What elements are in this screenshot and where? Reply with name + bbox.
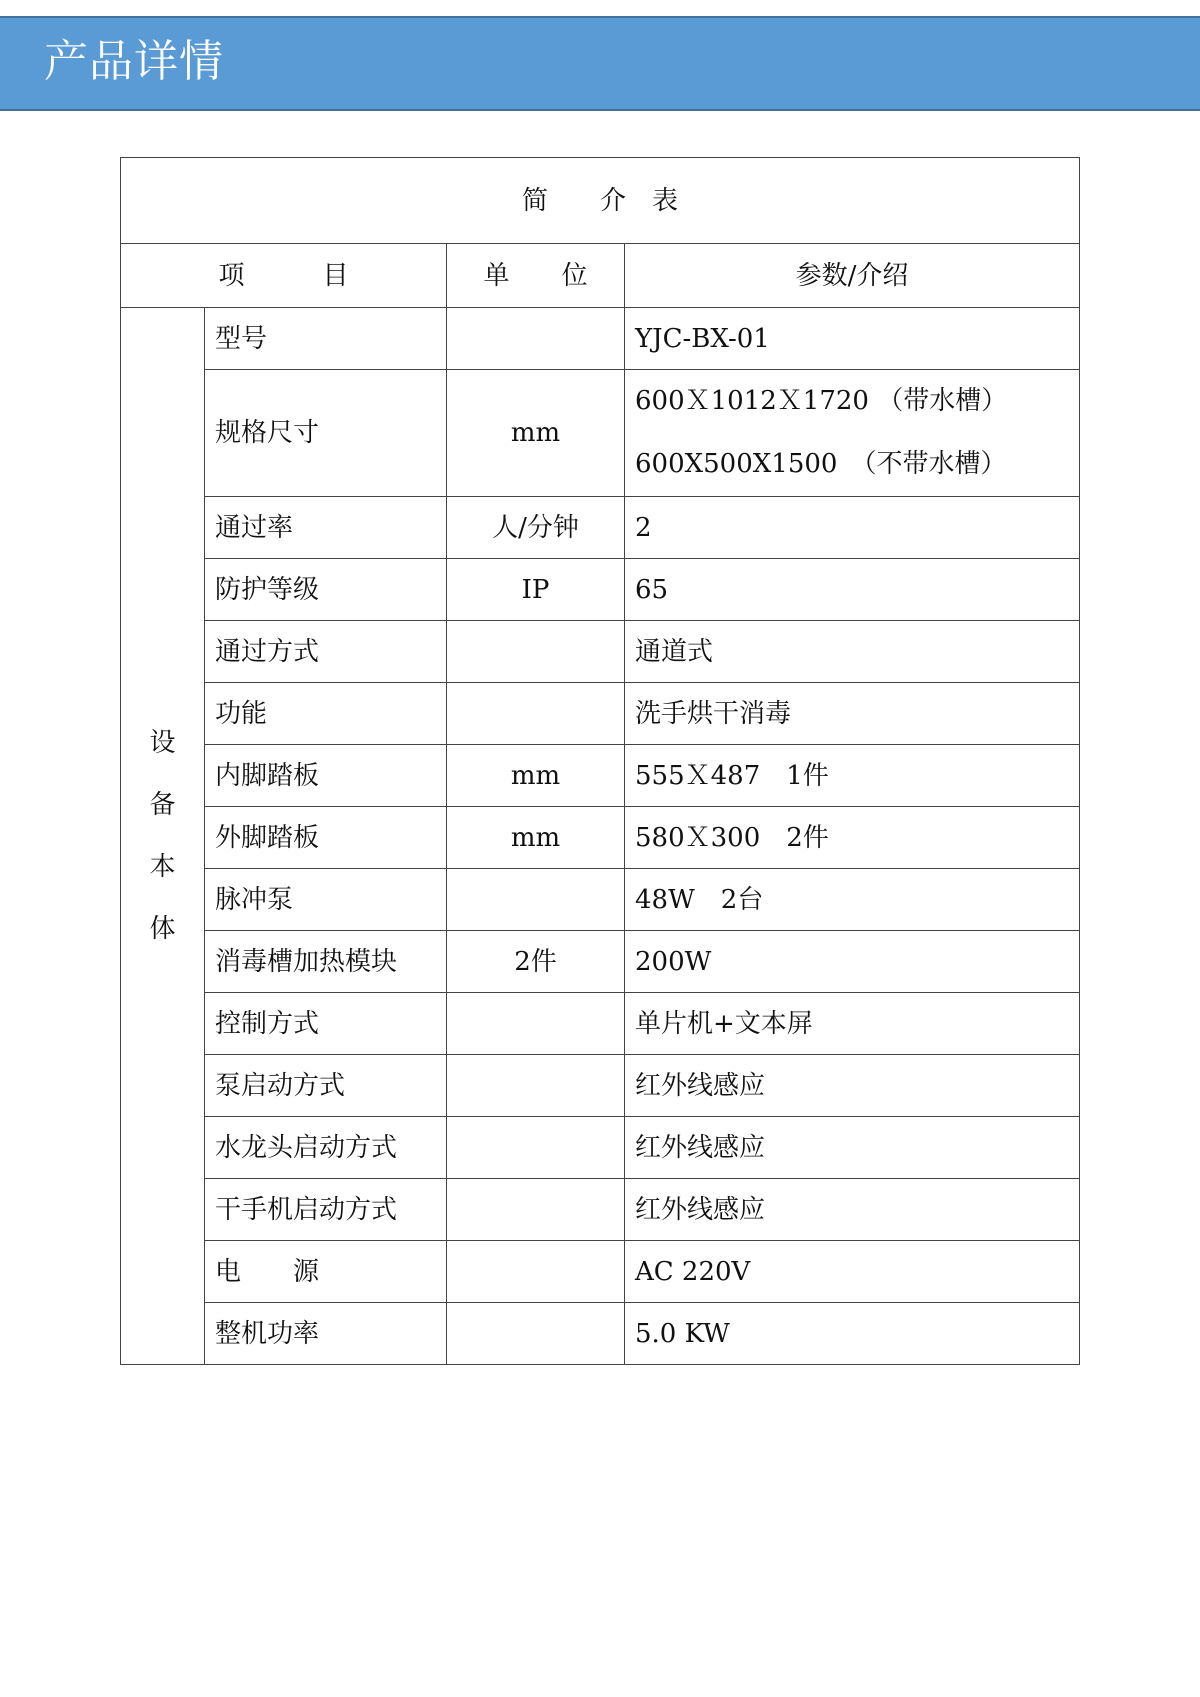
param-line-2: 600X500X1500 （不带水槽）: [635, 433, 1069, 496]
table-row: 规格尺寸 mm 600Ｘ1012Ｘ1720 （带水槽） 600X500X1500…: [121, 370, 1080, 497]
row-param: AC 220V: [625, 1241, 1080, 1303]
table-title-row: 简 介 表: [121, 158, 1080, 244]
row-item: 电 源: [205, 1241, 447, 1303]
row-unit: [447, 683, 625, 745]
row-unit: [447, 1303, 625, 1365]
row-param: 2: [625, 497, 1080, 559]
table-row: 防护等级 IP 65: [121, 559, 1080, 621]
table-row: 干手机启动方式 红外线感应: [121, 1179, 1080, 1241]
row-param: 红外线感应: [625, 1179, 1080, 1241]
row-unit: mm: [447, 807, 625, 869]
row-param: 600Ｘ1012Ｘ1720 （带水槽） 600X500X1500 （不带水槽）: [625, 370, 1080, 497]
table-title: 简 介 表: [121, 158, 1080, 244]
row-item: 水龙头启动方式: [205, 1117, 447, 1179]
row-unit: mm: [447, 745, 625, 807]
row-param: YJC-BX-01: [625, 308, 1080, 370]
row-item: 型号: [205, 308, 447, 370]
table-row: 通过方式 通道式: [121, 621, 1080, 683]
row-item: 防护等级: [205, 559, 447, 621]
row-param: 红外线感应: [625, 1117, 1080, 1179]
row-param: 红外线感应: [625, 1055, 1080, 1117]
row-item: 规格尺寸: [205, 370, 447, 497]
table-row: 电 源 AC 220V: [121, 1241, 1080, 1303]
row-unit: IP: [447, 559, 625, 621]
header-banner: 产品详情: [0, 16, 1200, 111]
row-item: 整机功率: [205, 1303, 447, 1365]
row-unit: 人/分钟: [447, 497, 625, 559]
row-unit: [447, 1117, 625, 1179]
row-item: 干手机启动方式: [205, 1179, 447, 1241]
table-row: 泵启动方式 红外线感应: [121, 1055, 1080, 1117]
table-row: 设 备 本 体 型号 YJC-BX-01: [121, 308, 1080, 370]
table-header-row: 项 目 单 位 参数/介绍: [121, 244, 1080, 308]
column-header-param: 参数/介绍: [625, 244, 1080, 308]
table-row: 控制方式 单片机+文本屏: [121, 993, 1080, 1055]
row-param: 洗手烘干消毒: [625, 683, 1080, 745]
row-unit: [447, 993, 625, 1055]
row-item: 控制方式: [205, 993, 447, 1055]
row-unit: [447, 1241, 625, 1303]
row-item: 泵启动方式: [205, 1055, 447, 1117]
table-row: 内脚踏板 mm 555Ｘ487 1件: [121, 745, 1080, 807]
row-unit: 2件: [447, 931, 625, 993]
param-line-1: 600Ｘ1012Ｘ1720 （带水槽）: [635, 370, 1069, 433]
column-header-unit: 单 位: [447, 244, 625, 308]
table-row: 功能 洗手烘干消毒: [121, 683, 1080, 745]
row-item: 通过方式: [205, 621, 447, 683]
page-title: 产品详情: [44, 32, 224, 92]
row-param: 单片机+文本屏: [625, 993, 1080, 1055]
row-item: 脉冲泵: [205, 869, 447, 931]
table-row: 外脚踏板 mm 580Ｘ300 2件: [121, 807, 1080, 869]
spec-table: 简 介 表 项 目 单 位 参数/介绍 设 备 本 体 型号 YJC-BX-01…: [120, 157, 1080, 1365]
row-unit: [447, 1179, 625, 1241]
row-unit: [447, 621, 625, 683]
row-unit: [447, 1055, 625, 1117]
row-unit: [447, 308, 625, 370]
row-param: 通道式: [625, 621, 1080, 683]
row-param: 200W: [625, 931, 1080, 993]
column-header-item: 项 目: [121, 244, 447, 308]
row-item: 外脚踏板: [205, 807, 447, 869]
row-param: 48W 2台: [625, 869, 1080, 931]
row-item: 功能: [205, 683, 447, 745]
table-row: 通过率 人/分钟 2: [121, 497, 1080, 559]
table-row: 消毒槽加热模块 2件 200W: [121, 931, 1080, 993]
row-item: 消毒槽加热模块: [205, 931, 447, 993]
row-item: 通过率: [205, 497, 447, 559]
row-param: 555Ｘ487 1件: [625, 745, 1080, 807]
row-param: 580Ｘ300 2件: [625, 807, 1080, 869]
row-item: 内脚踏板: [205, 745, 447, 807]
table-row: 水龙头启动方式 红外线感应: [121, 1117, 1080, 1179]
row-unit: mm: [447, 370, 625, 497]
table-row: 脉冲泵 48W 2台: [121, 869, 1080, 931]
row-unit: [447, 869, 625, 931]
group-label: 设 备 本 体: [121, 308, 205, 1365]
row-param: 5.0 KW: [625, 1303, 1080, 1365]
row-param: 65: [625, 559, 1080, 621]
table-row: 整机功率 5.0 KW: [121, 1303, 1080, 1365]
